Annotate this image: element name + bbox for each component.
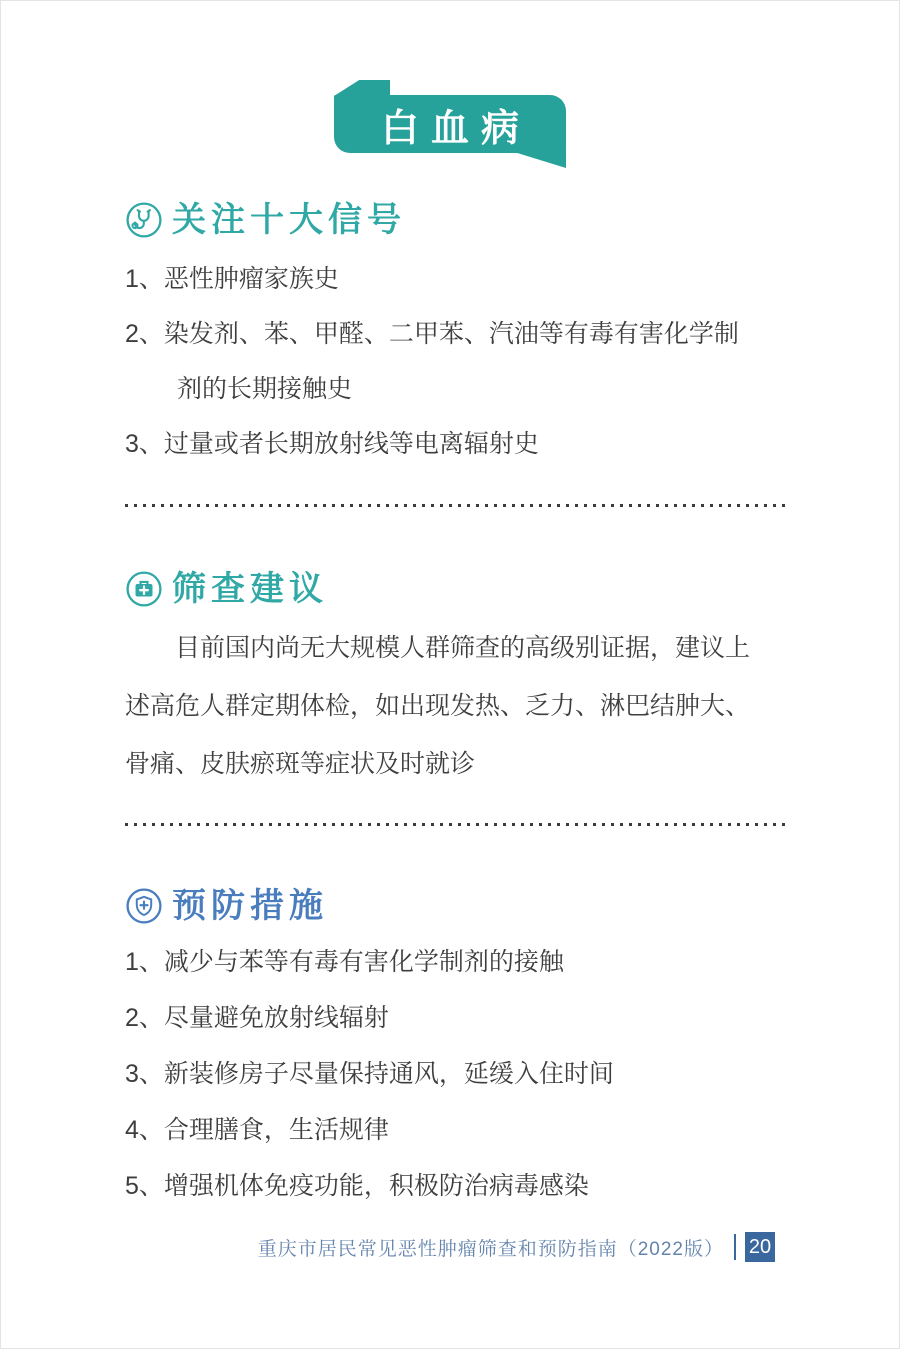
- screening-heading: 筛查建议: [125, 567, 790, 611]
- footer-divider-bar: [734, 1234, 736, 1260]
- prevention-item-5: 5、增强机体免疫功能，积极防治病毒感染: [125, 1158, 790, 1214]
- banner-body: 白血病: [334, 95, 566, 153]
- dotted-divider: [125, 823, 790, 826]
- signals-item-2-continuation: 剂的长期接触史: [125, 362, 790, 417]
- section-prevention: 预防措施 1、减少与苯等有毒有害化学制剂的接触 2、尽量避免放射线辐射 3、新装…: [125, 884, 790, 1214]
- prevention-list: 1、减少与苯等有毒有害化学制剂的接触 2、尽量避免放射线辐射 3、新装修房子尽量…: [125, 934, 790, 1214]
- prevention-heading: 预防措施: [125, 884, 790, 928]
- screening-line-3: 骨痛、皮肤瘀斑等症状及时就诊: [125, 735, 790, 793]
- screening-line-1: 目前国内尚无大规模人群筛查的高级别证据，建议上: [125, 619, 790, 677]
- page-content: 关注十大信号 1、恶性肿瘤家族史 2、染发剂、苯、甲醛、二甲苯、汽油等有毒有害化…: [0, 198, 900, 1214]
- document-page: 白血病 关注十大信号 1、恶性肿瘤家族史 2、染发剂、: [0, 0, 900, 1349]
- section-screening: 筛查建议 目前国内尚无大规模人群筛查的高级别证据，建议上 述高危人群定期体检，如…: [125, 567, 790, 793]
- prevention-item-2: 2、尽量避免放射线辐射: [125, 990, 790, 1046]
- signals-list: 1、恶性肿瘤家族史 2、染发剂、苯、甲醛、二甲苯、汽油等有毒有害化学制 剂的长期…: [125, 252, 790, 472]
- section-signals: 关注十大信号 1、恶性肿瘤家族史 2、染发剂、苯、甲醛、二甲苯、汽油等有毒有害化…: [125, 198, 790, 472]
- banner-fold-bottom-right-icon: [514, 152, 566, 168]
- shield-plus-icon: [125, 887, 163, 925]
- dotted-divider: [125, 504, 790, 507]
- signals-item-1: 1、恶性肿瘤家族史: [125, 252, 790, 307]
- banner-fold-top-left-icon: [334, 80, 390, 96]
- page-number-badge: 20: [745, 1232, 775, 1262]
- prevention-item-3: 3、新装修房子尽量保持通风，延缓入住时间: [125, 1046, 790, 1102]
- prevention-item-4: 4、合理膳食，生活规律: [125, 1102, 790, 1158]
- guide-title: 重庆市居民常见恶性肿瘤筛查和预防指南（2022版）: [258, 1234, 724, 1261]
- chapter-banner: 白血病: [334, 95, 566, 153]
- stethoscope-icon: [125, 201, 163, 239]
- prevention-title: 预防措施: [172, 884, 328, 928]
- signals-item-2: 2、染发剂、苯、甲醛、二甲苯、汽油等有毒有害化学制: [125, 307, 790, 362]
- signals-item-3: 3、过量或者长期放射线等电离辐射史: [125, 417, 790, 472]
- signals-heading: 关注十大信号: [125, 198, 790, 242]
- prevention-item-1: 1、减少与苯等有毒有害化学制剂的接触: [125, 934, 790, 990]
- screening-paragraph: 目前国内尚无大规模人群筛查的高级别证据，建议上 述高危人群定期体检，如出现发热、…: [125, 619, 790, 793]
- screening-title: 筛查建议: [172, 567, 328, 611]
- signals-title: 关注十大信号: [172, 198, 406, 242]
- screening-line-2: 述高危人群定期体检，如出现发热、乏力、淋巴结肿大、: [125, 677, 790, 735]
- page-footer: 重庆市居民常见恶性肿瘤筛查和预防指南（2022版） 20: [258, 1232, 775, 1262]
- chapter-title: 白血病: [369, 97, 531, 152]
- first-aid-kit-icon: [125, 570, 163, 608]
